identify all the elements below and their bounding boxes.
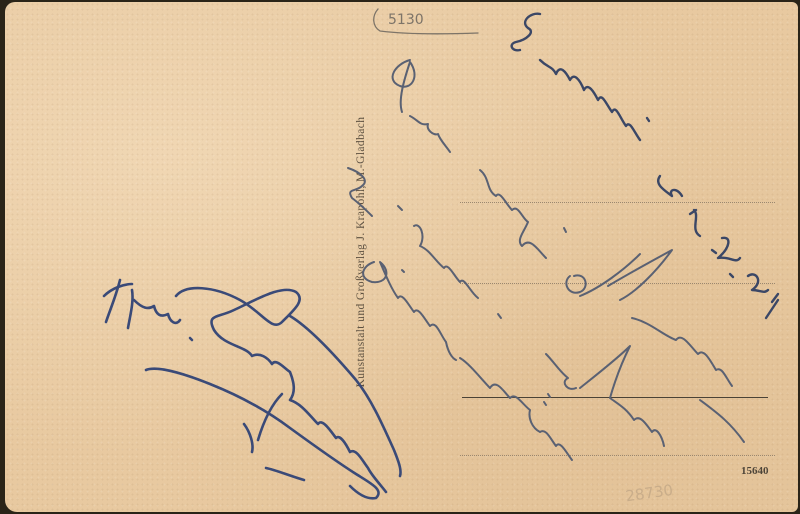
publisher-imprint: Kunstanstalt und Großverlag J. Krapohl, … (355, 117, 367, 388)
postcard-back: Kunstanstalt und Großverlag J. Krapohl, … (5, 2, 798, 512)
address-line-3 (462, 397, 768, 398)
address-line-1 (460, 202, 775, 203)
place-date-text: Schwerin, d. 17.2.21 (520, 60, 646, 74)
message-line-3-text: Gratulation (380, 280, 450, 294)
address-line-4 (460, 455, 775, 456)
card-number: 15640 (741, 465, 769, 477)
message-line-1-text: Dem lieben (400, 120, 469, 134)
address-line-2 (460, 283, 775, 284)
message-line-4-text: zum Fest (470, 380, 525, 394)
signature-text: Herm. Langermann (140, 320, 260, 334)
message-line-2-text: Onkel (360, 200, 396, 214)
